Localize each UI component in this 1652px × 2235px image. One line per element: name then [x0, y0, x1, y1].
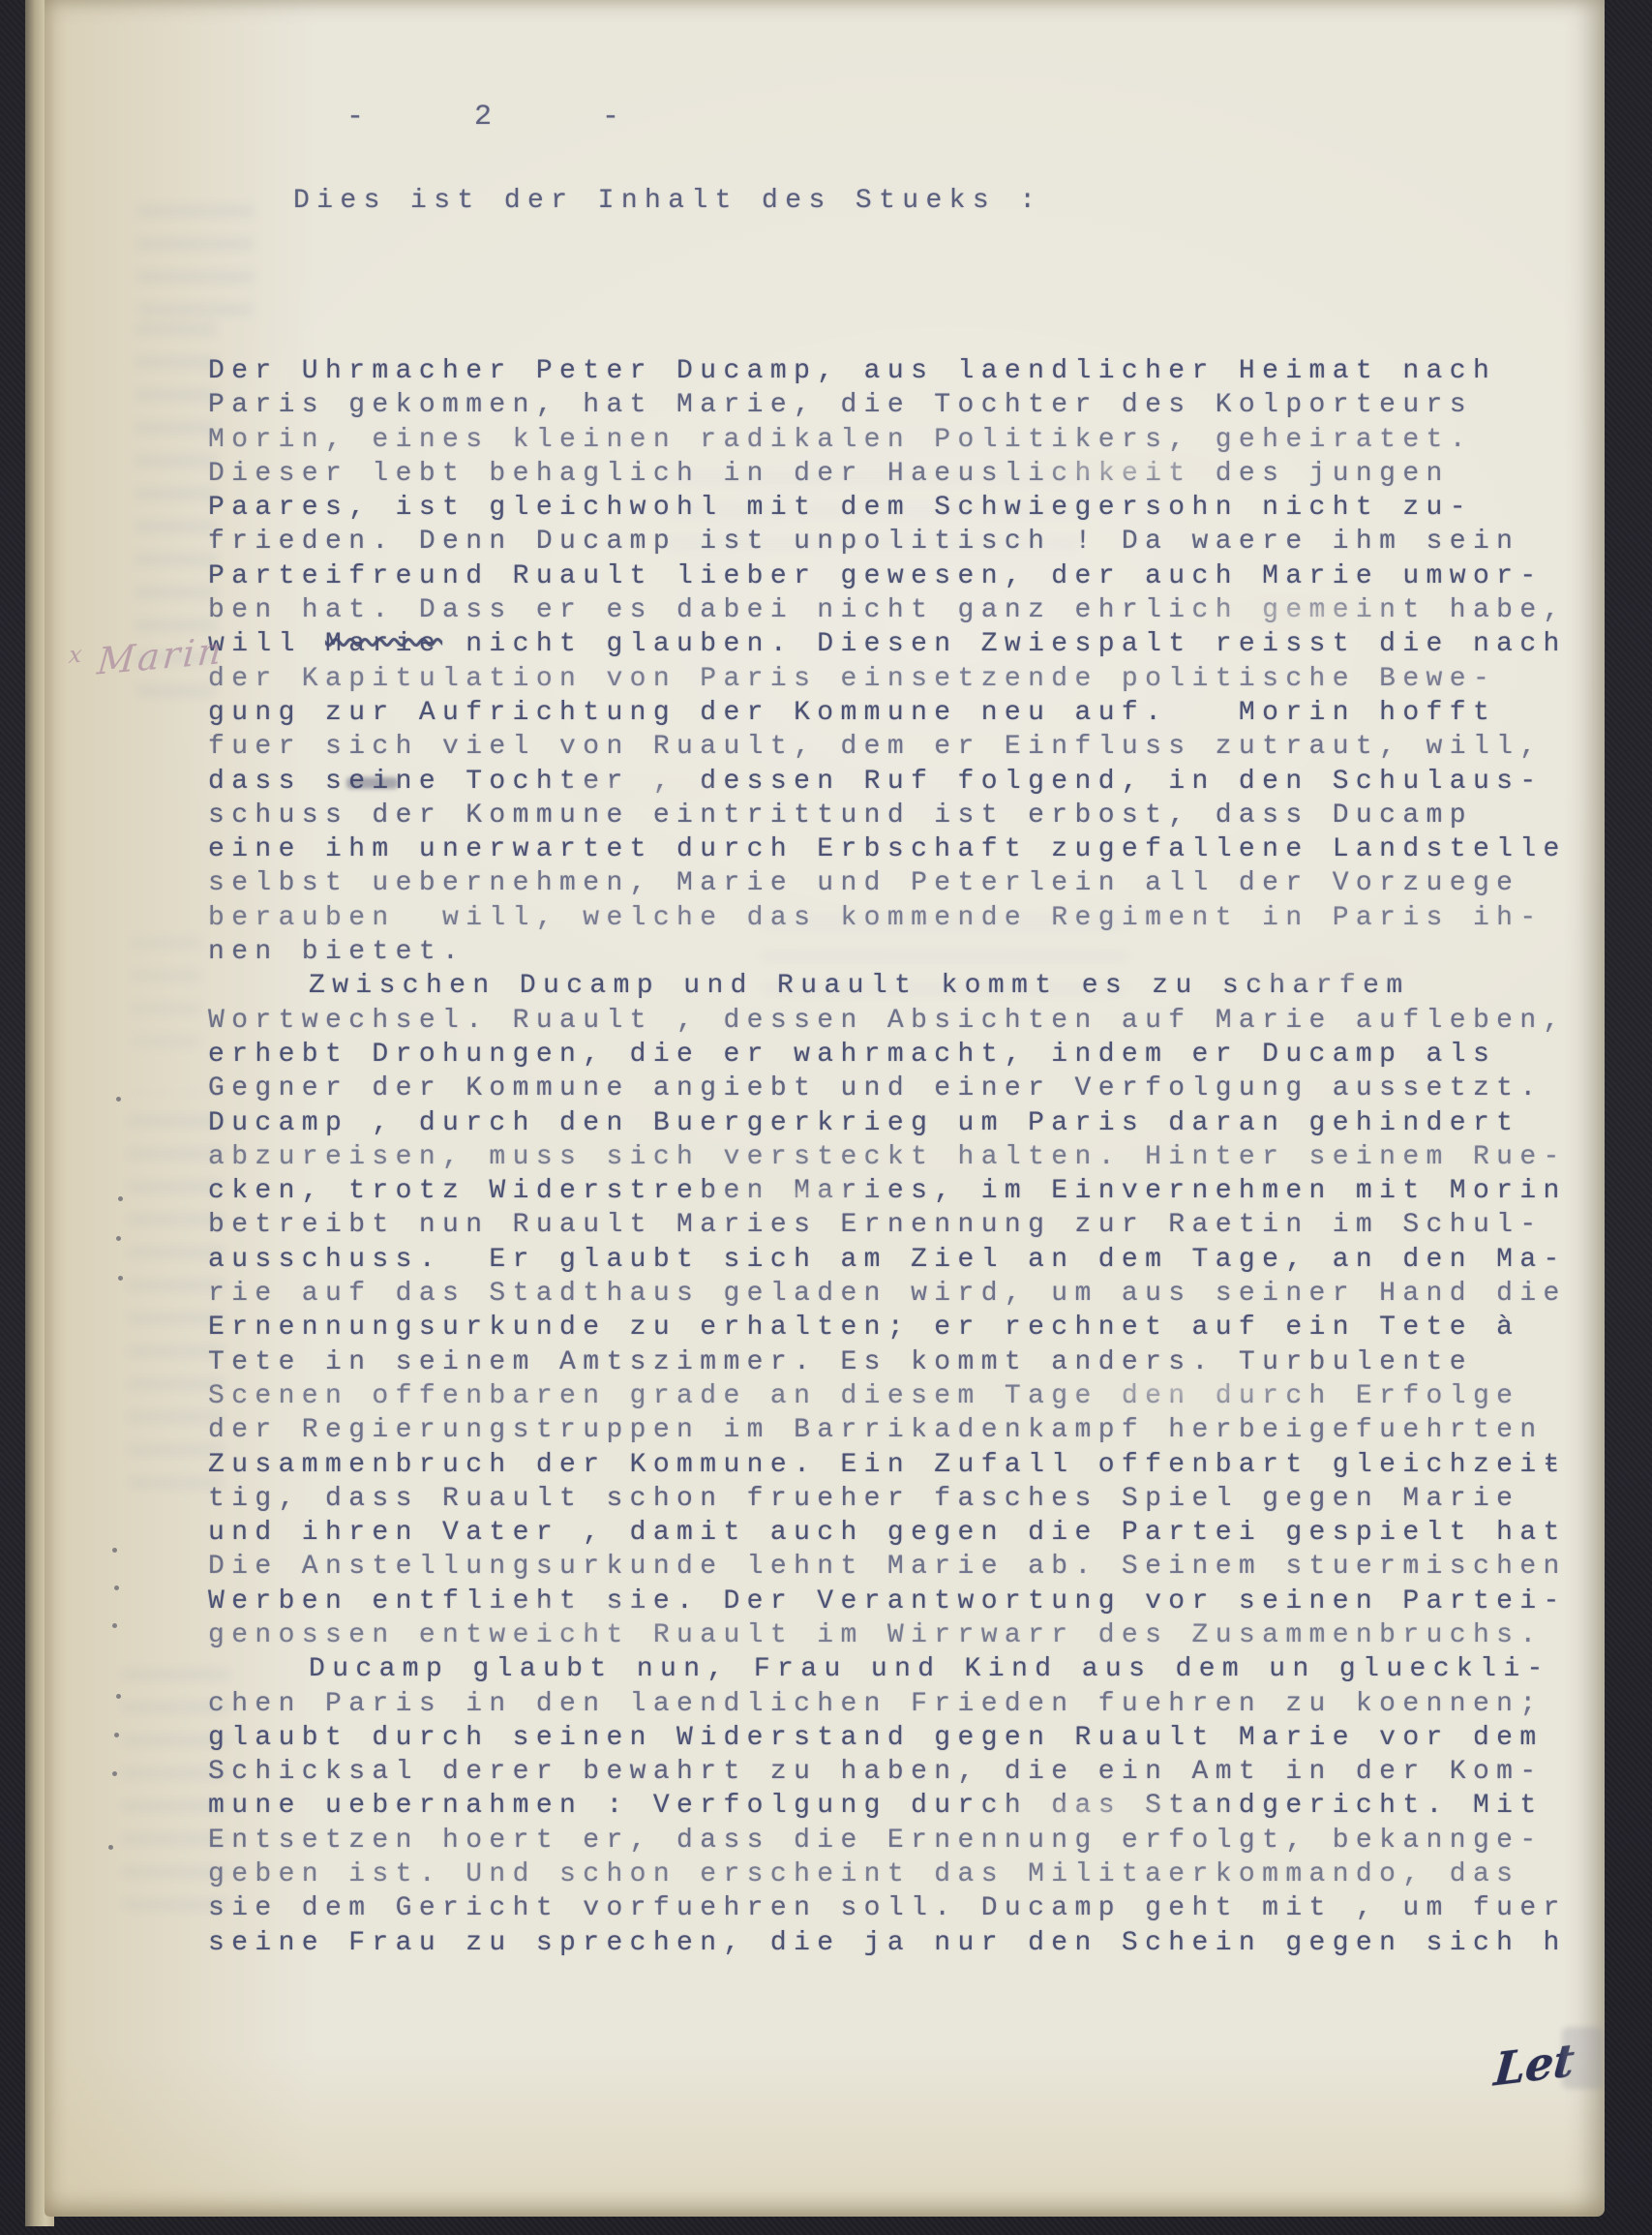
text-line: chen Paris in den laendlichen Frieden fu…: [208, 1687, 1592, 1721]
text-segment: genossen entweicht Ruault im Wirrwarr de…: [208, 1620, 1544, 1650]
text-segment: Der Uhrmacher Peter Ducamp, aus laendlic…: [208, 356, 1496, 386]
text-segment: Werben entflieht sie. Der Verantwortung …: [208, 1586, 1567, 1616]
text-segment: Gegner der Kommune angiebt und einer Ver…: [208, 1073, 1544, 1103]
ink-speck: [116, 1694, 121, 1699]
text-line: Zusammenbruch der Kommune. Ein Zufall of…: [208, 1448, 1592, 1482]
document-heading: Dies ist der Inhalt des Stueks :: [293, 186, 1043, 216]
text-segment: Paris gekommen, hat Marie, die Tochter d…: [208, 390, 1473, 420]
text-segment: schuss der Kommune eintrittund ist erbos…: [208, 800, 1473, 831]
struck-word: Marie: [325, 629, 442, 659]
ink-speck: [112, 1548, 117, 1553]
ink-speck: [112, 1771, 117, 1776]
text-line: Dieser lebt behaglich in der Haeuslichke…: [208, 457, 1592, 491]
text-segment: glaubt durch seinen Widerstand gegen Rua…: [208, 1723, 1544, 1753]
text-segment: Parteifreund Ruault lieber gewesen, der …: [208, 561, 1544, 591]
text-line: schuss der Kommune eintrittund ist erbos…: [208, 799, 1592, 832]
text-segment: Ducamp glaubt nun, Frau und Kind aus dem…: [309, 1654, 1550, 1684]
text-line: Tete in seinem Amtszimmer. Es kommt ande…: [208, 1345, 1592, 1379]
text-segment: betreibt nun Ruault Maries Ernennung zur…: [208, 1210, 1544, 1240]
text-line: Gegner der Kommune angiebt und einer Ver…: [208, 1072, 1592, 1105]
text-segment: ausschuss. Er glaubt sich am Ziel an dem…: [208, 1245, 1567, 1275]
text-segment: Tete in seinem Amtszimmer. Es kommt ande…: [208, 1347, 1473, 1377]
text-line: ausschuss. Er glaubt sich am Ziel an dem…: [208, 1243, 1592, 1277]
ink-speck: [118, 1276, 123, 1281]
text-line: berauben will, welche das kommende Regim…: [208, 901, 1592, 935]
photo-background: - 2 - Dies ist der Inhalt des Stueks : D…: [0, 0, 1652, 2235]
text-segment: der Kapitulation von Paris einsetzende p…: [208, 664, 1496, 694]
page-number: - 2 -: [346, 101, 645, 134]
text-line: frieden. Denn Ducamp ist unpolitisch ! D…: [208, 525, 1592, 559]
text-segment: Schicksal derer bewahrt zu haben, die ei…: [208, 1757, 1544, 1787]
text-line: abzureisen, muss sich versteckt halten. …: [208, 1140, 1592, 1174]
ink-speck: [108, 1845, 113, 1850]
edge-smudge: [1562, 2027, 1603, 2089]
ink-speck: [114, 1733, 119, 1737]
text-line: Die Anstellungsurkunde lehnt Marie ab. S…: [208, 1550, 1592, 1584]
text-line: Parteifreund Ruault lieber gewesen, der …: [208, 559, 1592, 593]
text-line: mune uebernahmen : Verfolgung durch das …: [208, 1789, 1592, 1823]
text-segment: dass s: [208, 767, 348, 797]
text-line: Der Uhrmacher Peter Ducamp, aus laendlic…: [208, 354, 1592, 388]
text-segment: ne Tochter , dessen Ruf folgend, in den …: [396, 767, 1544, 797]
text-segment: seine Frau zu sprechen, die ja nur den S…: [208, 1928, 1567, 1958]
text-line: tig, dass Ruault schon frueher fasches S…: [208, 1482, 1592, 1516]
text-segment: Die Anstellungsurkunde lehnt Marie ab. S…: [208, 1552, 1567, 1582]
text-line: Werben entflieht sie. Der Verantwortung …: [208, 1585, 1592, 1618]
text-line: ben hat. Dass er es dabei nicht ganz ehr…: [208, 593, 1592, 627]
text-segment: geben ist. Und schon erscheint das Milit…: [208, 1859, 1519, 1889]
text-segment: und ihren Vater , damit auch gegen die P…: [208, 1518, 1567, 1548]
text-line: seine Frau zu sprechen, die ja nur den S…: [208, 1926, 1592, 1960]
text-segment: Dieser lebt behaglich in der Haeuslichke…: [208, 459, 1450, 489]
text-segment: Entsetzen hoert er, dass die Ernennung e…: [208, 1826, 1544, 1856]
text-segment: sie dem Gericht vorfuehren soll. Ducamp …: [208, 1893, 1567, 1923]
ink-speck: [118, 1196, 123, 1201]
text-line: Paares, ist gleichwohl mit dem Schwieger…: [208, 491, 1592, 525]
text-line: Wortwechsel. Ruault , dessen Absichten a…: [208, 1004, 1592, 1038]
text-segment: Ducamp , durch den Buergerkrieg um Paris…: [208, 1108, 1519, 1138]
text-segment: gung zur Aufrichtung der Kommune neu auf…: [208, 698, 1496, 728]
text-line: fuer sich viel von Ruault, dem er Einflu…: [208, 730, 1592, 764]
text-line: erhebt Drohungen, die er wahrmacht, inde…: [208, 1038, 1592, 1072]
ink-speck: [116, 1097, 121, 1102]
text-segment: Paares, ist gleichwohl mit dem Schwieger…: [208, 493, 1473, 523]
text-segment: tig, dass Ruault schon frueher fasches S…: [208, 1484, 1519, 1514]
ink-speck: [112, 1623, 117, 1628]
text-line: genossen entweicht Ruault im Wirrwarr de…: [208, 1618, 1592, 1652]
text-line: geben ist. Und schon erscheint das Milit…: [208, 1857, 1592, 1891]
text-segment: abzureisen, muss sich versteckt halten. …: [208, 1142, 1567, 1172]
text-segment: nen bietet.: [208, 937, 466, 967]
text-line: Paris gekommen, hat Marie, die Tochter d…: [208, 388, 1592, 422]
text-line: Zwischen Ducamp und Ruault kommt es zu s…: [208, 969, 1592, 1003]
text-segment: berauben will, welche das kommende Regim…: [208, 903, 1544, 933]
text-segment: Zusammenbruch der Kommune. Ein Zufall of…: [208, 1450, 1567, 1480]
text-line: selbst uebernehmen, Marie und Peterlein …: [208, 866, 1592, 900]
text-segment: der Regierungstruppen im Barrikadenkampf…: [208, 1415, 1544, 1445]
text-line: will Marie nicht glauben. Diesen Zwiespa…: [208, 627, 1592, 661]
text-segment: ben hat. Dass er es dabei nicht ganz ehr…: [208, 595, 1567, 625]
ink-speck: [116, 1236, 121, 1241]
text-segment: rie auf das Stadthaus geladen wird, um a…: [208, 1279, 1567, 1309]
text-line: Morin, eines kleinen radikalen Politiker…: [208, 423, 1592, 457]
text-segment: frieden. Denn Ducamp ist unpolitisch ! D…: [208, 527, 1519, 557]
text-line: der Kapitulation von Paris einsetzende p…: [208, 662, 1592, 696]
text-segment: ei: [348, 767, 395, 797]
text-line: eine ihm unerwartet durch Erbschaft zuge…: [208, 832, 1592, 866]
text-line: Ernennungsurkunde zu erhalten; er rechne…: [208, 1311, 1592, 1344]
text-segment: erhebt Drohungen, die er wahrmacht, inde…: [208, 1040, 1496, 1070]
text-segment: nicht glauben. Diesen Zwiespalt reisst d…: [442, 629, 1567, 659]
text-segment: Wortwechsel. Ruault , dessen Absichten a…: [208, 1006, 1567, 1036]
text-line: Ducamp , durch den Buergerkrieg um Paris…: [208, 1106, 1592, 1140]
text-line: sie dem Gericht vorfuehren soll. Ducamp …: [208, 1891, 1592, 1925]
text-segment: Scenen offenbaren grade an diesem Tage d…: [208, 1381, 1519, 1411]
ink-speck: [114, 1586, 119, 1590]
text-segment: Zwischen Ducamp und Ruault kommt es zu s…: [309, 971, 1410, 1001]
typewritten-text: Der Uhrmacher Peter Ducamp, aus laendlic…: [208, 354, 1592, 1960]
text-line: gung zur Aufrichtung der Kommune neu auf…: [208, 696, 1592, 730]
text-line: nen bietet.: [208, 935, 1592, 969]
bleed-through-smudge: [132, 921, 201, 1047]
bleed-through-smudge: [137, 199, 254, 316]
text-segment: mune uebernahmen : Verfolgung durch das …: [208, 1791, 1544, 1821]
text-line: Schicksal derer bewahrt zu haben, die ei…: [208, 1755, 1592, 1789]
text-segment: fuer sich viel von Ruault, dem er Einflu…: [208, 732, 1544, 762]
document-page: - 2 - Dies ist der Inhalt des Stueks : D…: [45, 0, 1605, 2217]
text-segment: selbst uebernehmen, Marie und Peterlein …: [208, 868, 1519, 898]
text-line: rie auf das Stadthaus geladen wird, um a…: [208, 1277, 1592, 1311]
text-line: betreibt nun Ruault Maries Ernennung zur…: [208, 1208, 1592, 1242]
text-segment: eine ihm unerwartet durch Erbschaft zuge…: [208, 834, 1567, 864]
text-line: Ducamp glaubt nun, Frau und Kind aus dem…: [208, 1652, 1592, 1686]
text-segment: will: [208, 629, 325, 659]
text-line: und ihren Vater , damit auch gegen die P…: [208, 1516, 1592, 1550]
text-segment: chen Paris in den laendlichen Frieden fu…: [208, 1689, 1544, 1719]
text-segment: Morin, eines kleinen radikalen Politiker…: [208, 425, 1473, 455]
text-line: dass seine Tochter , dessen Ruf folgend,…: [208, 765, 1592, 799]
text-segment: cken, trotz Widerstreben Maries, im Einv…: [208, 1176, 1567, 1206]
text-line: Scenen offenbaren grade an diesem Tage d…: [208, 1379, 1592, 1413]
text-line: glaubt durch seinen Widerstand gegen Rua…: [208, 1721, 1592, 1755]
margin-x-mark: x: [68, 640, 86, 669]
text-segment: Ernennungsurkunde zu erhalten; er rechne…: [208, 1313, 1519, 1343]
text-line: cken, trotz Widerstreben Maries, im Einv…: [208, 1174, 1592, 1208]
text-line: der Regierungstruppen im Barrikadenkampf…: [208, 1413, 1592, 1447]
text-line: Entsetzen hoert er, dass die Ernennung e…: [208, 1824, 1592, 1857]
